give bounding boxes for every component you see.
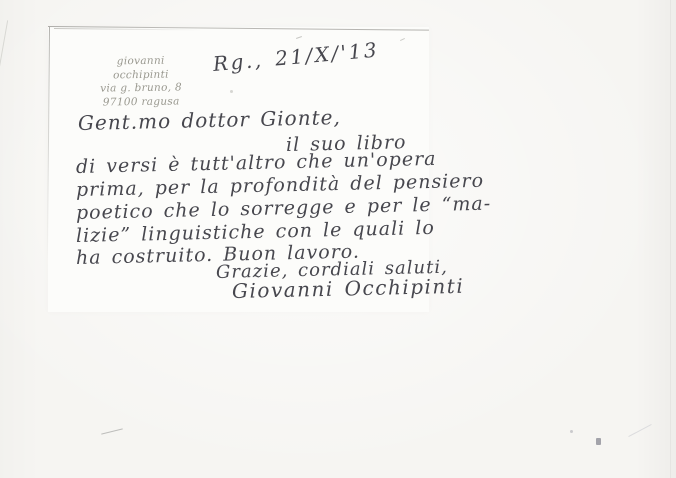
scan-speck [570,430,573,433]
scan-scratch [101,428,123,434]
scanned-letter-page: giovanni occhipinti via g. bruno, 8 9710… [0,0,676,478]
scanner-edge [670,0,671,478]
letterhead-city: 97100 ragusa [91,95,191,110]
sheet-edge [0,20,8,67]
scan-mark [230,90,233,93]
scan-scratch [628,424,651,437]
letterhead-address: via g. bruno, 8 [91,81,191,96]
signature-line: Giovanni Occhipinti [232,274,465,303]
letterhead-name: giovanni occhipinti [91,54,191,82]
letterhead: giovanni occhipinti via g. bruno, 8 9710… [91,54,192,109]
scan-speck [596,438,601,445]
